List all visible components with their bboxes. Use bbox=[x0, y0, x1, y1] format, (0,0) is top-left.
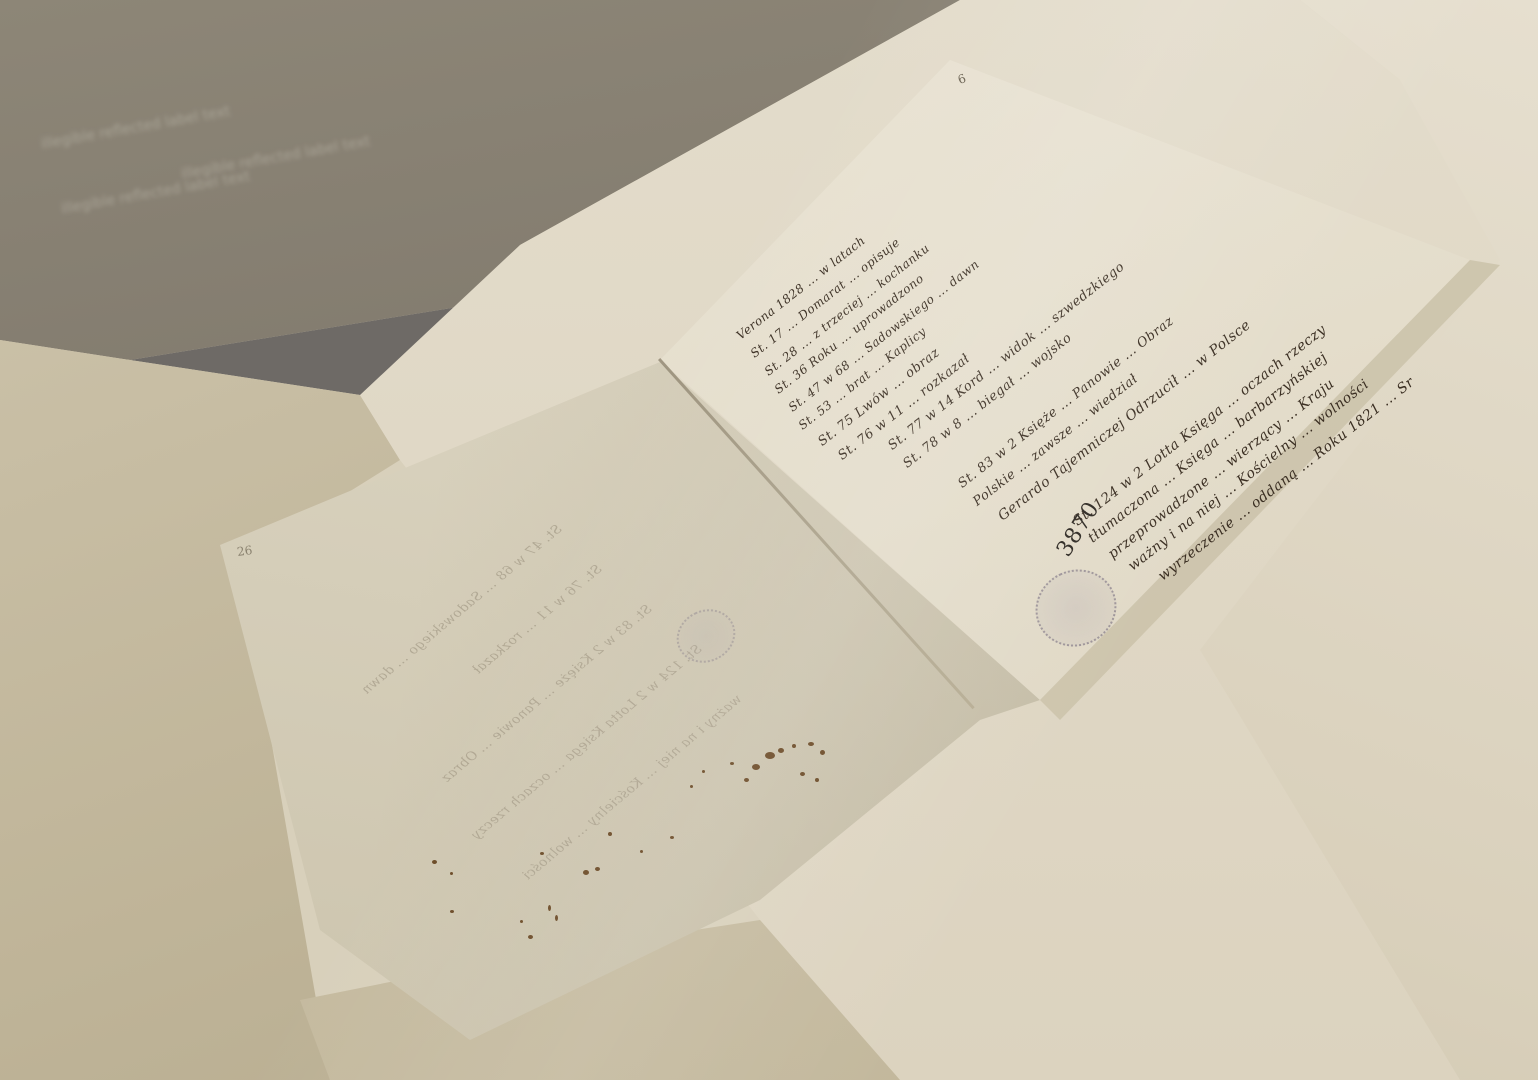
left-page-number: 26 bbox=[236, 543, 253, 559]
museum-photo: illegible reflected label text illegible… bbox=[0, 0, 1538, 1080]
